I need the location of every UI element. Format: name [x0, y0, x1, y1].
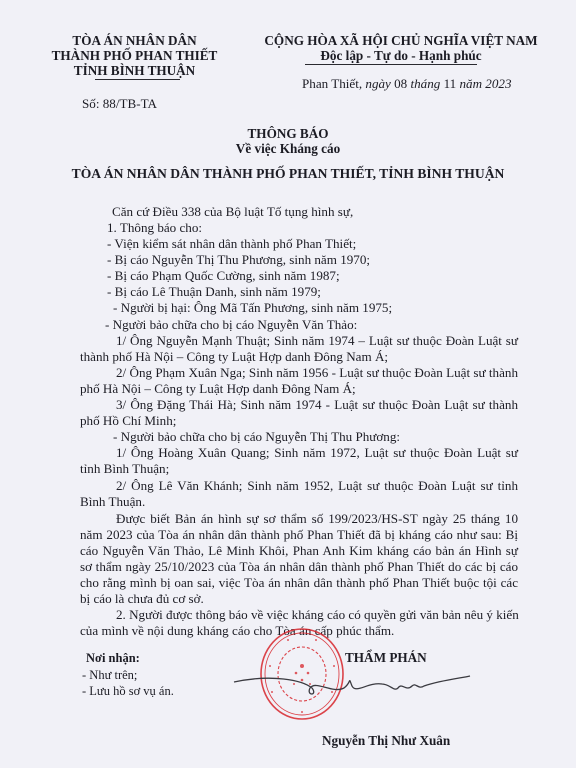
- date-month: 11: [440, 76, 459, 91]
- defender-item-cont: tỉnh Bình Thuận;: [80, 461, 169, 477]
- appeal-line: cáo Nguyễn Văn Thảo, Lê Minh Khôi, Phan …: [80, 543, 518, 559]
- appeal-line: Được biết Bản án hình sự sơ thẩm số 199/…: [116, 511, 518, 527]
- legal-basis: Căn cứ Điều 338 của Bộ luật Tố tụng hình…: [112, 204, 353, 220]
- date-ngay: ngày: [365, 76, 390, 91]
- appeal-line: sơ thẩm ngày 25/10/2023 của Tòa án nhân …: [80, 559, 518, 575]
- notice-subject: Về việc Kháng cáo: [0, 141, 576, 156]
- defender-item-cont: phố Hà Nội – Công ty Luật Hợp danh Đông …: [80, 381, 356, 397]
- date-day: 08: [391, 76, 411, 91]
- left-header-underline: [95, 79, 180, 80]
- motto-underline: [305, 64, 477, 65]
- section-1-heading: 1. Thông báo cho:: [107, 220, 202, 236]
- footer-recipient-2: - Lưu hồ sơ vụ án.: [82, 683, 174, 699]
- footer-recipient-1: - Như trên;: [82, 667, 137, 683]
- signature-icon: [232, 670, 472, 700]
- recipient-item: - Bị cáo Nguyễn Thị Thu Phương, sinh năm…: [107, 252, 370, 268]
- defender-item: 1/ Ông Nguyễn Mạnh Thuật; Sinh năm 1974 …: [116, 333, 518, 349]
- recipient-item: - Bị cáo Lê Thuận Danh, sinh năm 1979;: [107, 284, 321, 300]
- notice-title: THÔNG BÁO: [0, 126, 576, 141]
- appeal-line: cho rằng mình bị oan sai, việc Tòa án nh…: [80, 575, 518, 591]
- date-line: Phan Thiết, ngày 08 tháng 11 năm 2023: [302, 76, 512, 92]
- date-year: năm 2023: [459, 76, 511, 91]
- section-2-line: của mình về nội dung kháng cáo cho Tòa á…: [80, 623, 394, 639]
- defender-item-cont: Bình Thuận.: [80, 494, 145, 510]
- defender-item: 1/ Ông Hoàng Xuân Quang; Sinh năm 1972, …: [116, 445, 518, 461]
- motto: Độc lập - Tự do - Hạnh phúc: [236, 48, 566, 63]
- court-name-line1: TÒA ÁN NHÂN DÂN: [42, 33, 227, 48]
- defender-item-cont: phố Hồ Chí Minh;: [80, 413, 176, 429]
- defender-heading: - Người bảo chữa cho bị cáo Nguyễn Thị T…: [113, 429, 400, 445]
- date-place: Phan Thiết,: [302, 76, 365, 91]
- recipient-item: - Viện kiểm sát nhân dân thành phố Phan …: [107, 236, 356, 252]
- country-name: CỘNG HÒA XÃ HỘI CHỦ NGHĨA VIỆT NAM: [236, 33, 566, 48]
- recipient-item: - Người bị hại: Ông Mã Tấn Phương, sinh …: [113, 300, 392, 316]
- appeal-line: bị cáo là chưa đủ cơ sở.: [80, 591, 204, 607]
- appeal-line: năm 2023 của Tòa án nhân dân thành phố P…: [80, 527, 518, 543]
- court-name-line3: TỈNH BÌNH THUẬN: [42, 63, 227, 78]
- section-2-line: 2. Người được thông báo về việc kháng cá…: [116, 607, 518, 623]
- date-thang: tháng: [411, 76, 441, 91]
- signer-name: Nguyễn Thị Như Xuân: [322, 733, 450, 748]
- signer-title: THẨM PHÁN: [345, 650, 427, 665]
- court-name-line2: THÀNH PHỐ PHAN THIẾT: [42, 48, 227, 63]
- recipients-label: Nơi nhận:: [86, 650, 140, 666]
- doc-number: Số: 88/TB-TA: [82, 96, 157, 112]
- recipient-item: - Người bảo chữa cho bị cáo Nguyễn Văn T…: [105, 317, 357, 333]
- defender-item: 2/ Ông Phạm Xuân Nga; Sinh năm 1956 - Lu…: [116, 365, 518, 381]
- defender-item-cont: thành phố Hà Nội – Công ty Luật Hợp danh…: [80, 349, 388, 365]
- issuer-name: TÒA ÁN NHÂN DÂN THÀNH PHỐ PHAN THIẾT, TỈ…: [0, 166, 576, 181]
- defender-item: 2/ Ông Lê Văn Khánh; Sinh năm 1952, Luật…: [116, 478, 518, 494]
- defender-item: 3/ Ông Đặng Thái Hà; Sinh năm 1974 - Luậ…: [116, 397, 518, 413]
- recipient-item: - Bị cáo Phạm Quốc Cường, sinh năm 1987;: [107, 268, 340, 284]
